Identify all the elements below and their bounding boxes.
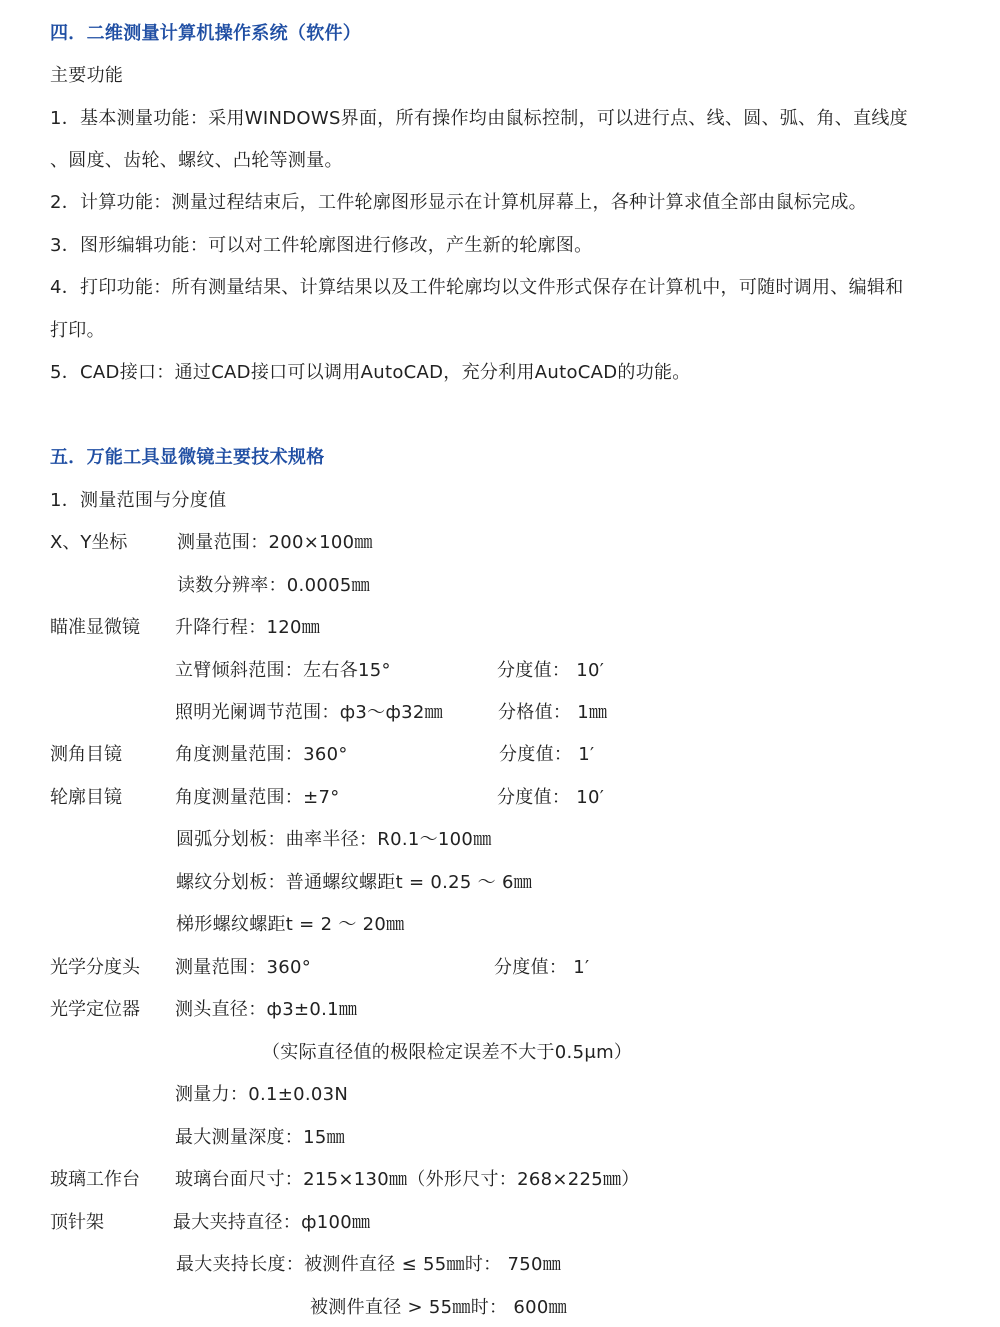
spec-extra: 分格值： 1㎜	[498, 700, 607, 726]
section-5-heading: 五．万能工具显微镜主要技术规格	[50, 445, 325, 471]
spec-value: 测量范围：360°	[175, 955, 311, 981]
spec-value: 最大夹持直径：ф100㎜	[173, 1210, 370, 1236]
spec-value: 读数分辨率：0.0005㎜	[177, 573, 370, 599]
spec-value: 被测件直径 > 55㎜时： 600㎜	[310, 1295, 567, 1321]
feature-item-4-cont: 打印。	[50, 318, 105, 344]
spec-value: 螺纹分划板：普通螺纹螺距t = 0.25 ～ 6㎜	[176, 870, 532, 896]
spec-extra: 分度值： 10′	[497, 658, 604, 684]
spec-label-optical-locator: 光学定位器	[50, 997, 140, 1023]
spec-value: 测量范围：200×100㎜	[177, 530, 373, 556]
spec-value: 角度测量范围：360°	[175, 742, 348, 768]
spec-extra: 分度值： 10′	[497, 785, 604, 811]
spec-label-aiming-microscope: 瞄准显微镜	[50, 615, 140, 641]
spec-extra: 分度值： 1′	[499, 742, 594, 768]
spec-label-xy: X、Y坐标	[50, 530, 127, 556]
spec-value: 圆弧分划板：曲率半径：R0.1～100㎜	[176, 827, 492, 853]
spec-label-glass-table: 玻璃工作台	[50, 1167, 140, 1193]
spec-label-angle-eyepiece: 测角目镜	[50, 742, 122, 768]
spec-label-center-frame: 顶针架	[50, 1210, 104, 1236]
spec-value: 最大夹持长度：被测件直径 ≤ 55㎜时： 750㎜	[176, 1252, 561, 1278]
feature-item-2: 2．计算功能：测量过程结束后，工件轮廓图形显示在计算机屏幕上，各种计算求值全部由…	[50, 190, 867, 216]
spec-label-contour-eyepiece: 轮廓目镜	[50, 785, 122, 811]
feature-item-3: 3．图形编辑功能：可以对工件轮廓图进行修改，产生新的轮廓图。	[50, 233, 592, 259]
feature-item-1: 1．基本测量功能：采用WINDOWS界面，所有操作均由鼠标控制，可以进行点、线、…	[50, 106, 908, 132]
section-4-subheading: 主要功能	[50, 63, 123, 89]
feature-item-1-cont: 、圆度、齿轮、螺纹、凸轮等测量。	[50, 148, 343, 174]
spec-value: 升降行程：120㎜	[175, 615, 320, 641]
spec-value: 测量力：0.1±0.03N	[175, 1082, 348, 1108]
spec-extra: 分度值： 1′	[494, 955, 589, 981]
section-5-subheading: 1．测量范围与分度值	[50, 488, 226, 514]
spec-value: 梯形螺纹螺距t = 2 ～ 20㎜	[176, 912, 404, 938]
spec-value: 立臂倾斜范围：左右各15°	[175, 658, 391, 684]
spec-value: 照明光阑调节范围：ф3～ф32㎜	[175, 700, 443, 726]
spec-value: 最大测量深度：15㎜	[175, 1125, 345, 1151]
spec-value: 玻璃台面尺寸：215×130㎜（外形尺寸：268×225㎜）	[175, 1167, 640, 1193]
section-4-heading: 四．二维测量计算机操作系统（软件）	[50, 21, 361, 47]
feature-item-5: 5．CAD接口：通过CAD接口可以调用AutoCAD，充分利用AutoCAD的功…	[50, 360, 691, 386]
spec-value: 测头直径：ф3±0.1㎜	[175, 997, 357, 1023]
spec-note: （实际直径值的极限检定误差不大于0.5μm）	[262, 1040, 632, 1066]
feature-item-4: 4．打印功能：所有测量结果、计算结果以及工件轮廓均以文件形式保存在计算机中，可随…	[50, 275, 904, 301]
spec-value: 角度测量范围：±7°	[175, 785, 340, 811]
spec-label-optical-dividing-head: 光学分度头	[50, 955, 140, 981]
